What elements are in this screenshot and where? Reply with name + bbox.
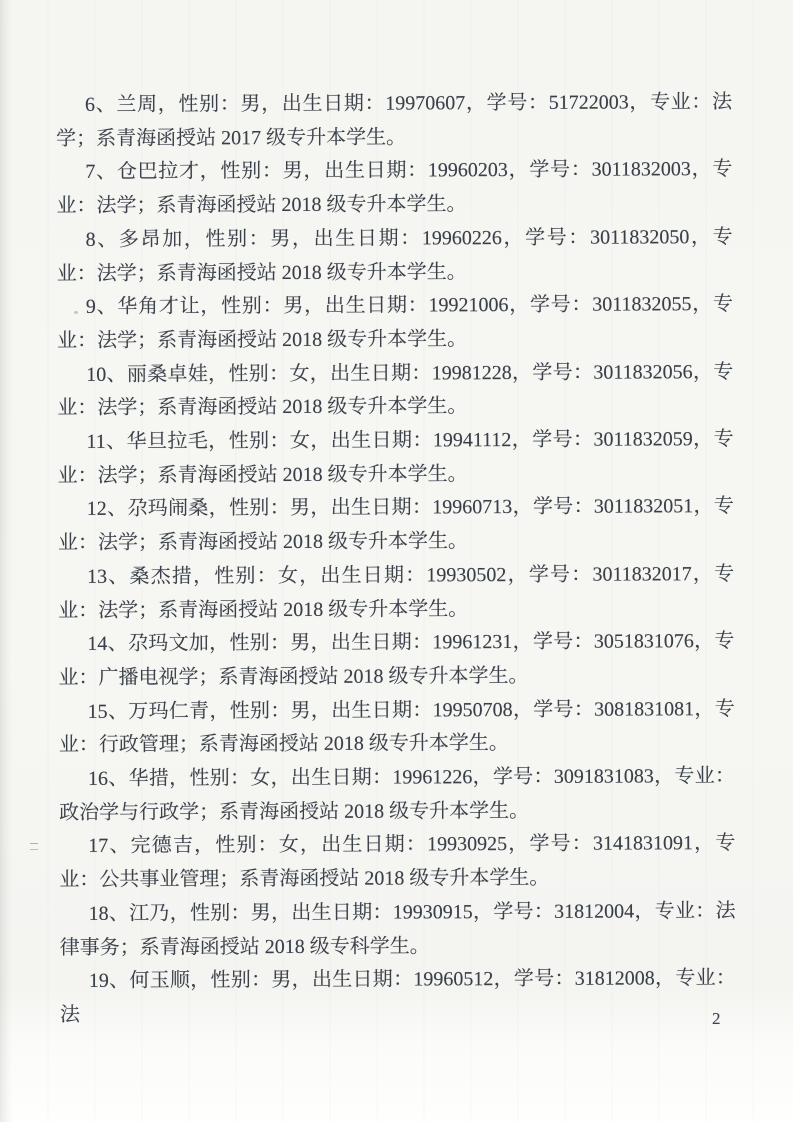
entry-number: 18 xyxy=(88,903,108,925)
student-birth-date: 19930915 xyxy=(393,901,473,923)
student-entry: 18、江乃，性别：男，出生日期：19930915，学号：31812004，专业：… xyxy=(59,895,735,965)
student-major: 法学 xyxy=(98,599,138,621)
student-birth-date: 19930925 xyxy=(427,834,507,856)
student-affiliation: 系青海函授站 2018 级专升本学生。 xyxy=(218,665,528,688)
entry-number: 19 xyxy=(89,970,109,992)
document-page: 6、兰周，性别：男，出生日期：19970607，学号：51722003，专业：法… xyxy=(0,0,793,1122)
student-entry: 8、多昂加，性别：男，出生日期：19960226，学号：3011832050，专… xyxy=(57,221,733,291)
scan-speck xyxy=(30,843,38,850)
student-id: 3011832051 xyxy=(594,496,693,518)
student-birth-date: 19981228 xyxy=(432,362,512,384)
student-id: 3081831081 xyxy=(594,698,694,720)
student-name: 华旦拉毛 xyxy=(127,430,209,452)
student-id: 3011832003 xyxy=(592,159,691,181)
entry-number: 12 xyxy=(87,498,107,520)
student-birth-date: 19960512 xyxy=(413,968,493,990)
student-affiliation: 系青海函授站 2018 级专升本学生。 xyxy=(239,867,549,890)
student-birth-date: 19960713 xyxy=(432,496,512,518)
entry-number: 14 xyxy=(87,633,107,655)
student-major: 广播电视学 xyxy=(98,666,198,688)
scan-edge-shading xyxy=(0,0,12,1122)
student-affiliation: 系青海函授站 2018 级专升本学生。 xyxy=(158,530,468,553)
student-entry: 15、万玛仁青，性别：男，出生日期：19950708，学号：3081831081… xyxy=(59,693,735,763)
entry-number: 8 xyxy=(86,229,96,251)
student-entry: 16、华措，性别：女，出生日期：19961226，学号：3091831083，专… xyxy=(59,760,735,830)
student-affiliation: 系青海函授站 2018 级专科学生。 xyxy=(140,935,430,958)
student-major: 法学 xyxy=(97,330,137,352)
entry-number: 6 xyxy=(85,94,95,116)
student-major: 法学 xyxy=(97,262,137,284)
student-gender: 女 xyxy=(289,363,309,385)
student-id: 3011832017 xyxy=(592,563,691,585)
student-gender: 男 xyxy=(240,93,261,115)
student-major: 法学 xyxy=(96,195,136,217)
student-id: 3051831076 xyxy=(594,630,694,652)
student-entry: 12、尕玛闹桑，性别：男，出生日期：19960713，学号：3011832051… xyxy=(58,490,734,560)
student-gender: 男 xyxy=(283,160,304,182)
student-birth-date: 19961226 xyxy=(392,766,472,788)
student-name: 华措 xyxy=(128,768,169,790)
student-affiliation: 系青海函授站 2017 级专升本学生。 xyxy=(96,126,406,149)
student-gender: 男 xyxy=(271,969,291,991)
student-name: 万玛仁青 xyxy=(128,700,209,722)
student-gender: 女 xyxy=(290,430,311,452)
student-major: 法学 xyxy=(98,532,138,554)
student-id: 3141831091 xyxy=(593,833,693,855)
entry-number: 17 xyxy=(88,835,108,857)
student-gender: 男 xyxy=(270,228,292,250)
student-id: 3011832059 xyxy=(593,428,692,450)
student-name: 尕玛闹桑 xyxy=(127,498,208,520)
page-number: 2 xyxy=(712,1008,721,1030)
student-id: 31812008 xyxy=(575,968,655,990)
student-name: 华角才让 xyxy=(117,296,200,318)
student-name: 仓巴拉才 xyxy=(117,161,200,183)
student-gender: 男 xyxy=(291,700,311,722)
student-gender: 男 xyxy=(290,632,310,654)
student-entry: 7、仓巴拉才，性别：男，出生日期：19960203，学号：3011832003，… xyxy=(56,153,732,223)
student-name: 尕玛文加 xyxy=(128,633,209,655)
entry-number: 7 xyxy=(85,161,95,183)
student-major: 法 xyxy=(60,1004,80,1026)
student-name: 多昂加 xyxy=(119,228,184,250)
student-id: 51722003 xyxy=(549,92,629,114)
entry-number: 13 xyxy=(87,566,107,588)
student-birth-date: 19921006 xyxy=(428,294,508,316)
student-name: 兰周 xyxy=(116,94,157,116)
student-id: 3091831083 xyxy=(554,765,654,787)
student-gender: 男 xyxy=(283,295,304,317)
student-affiliation: 系青海函授站 2018 级专升本学生。 xyxy=(219,800,529,823)
student-gender: 男 xyxy=(290,497,310,519)
student-affiliation: 系青海函授站 2018 级专升本学生。 xyxy=(156,193,466,216)
student-major: 法学 xyxy=(97,397,137,419)
student-name: 桑杰措 xyxy=(129,565,193,587)
student-major: 行政管理 xyxy=(99,734,179,756)
student-entry: 9、华角才让，性别：男，出生日期：19921006，学号：3011832055，… xyxy=(57,288,733,358)
entry-number: 10 xyxy=(86,363,106,385)
student-list: 6、兰周，性别：男，出生日期：19970607，学号：51722003，专业：法… xyxy=(56,86,736,1033)
student-affiliation: 系青海函授站 2018 级专升本学生。 xyxy=(157,328,467,351)
student-major: 法学 xyxy=(98,464,138,486)
student-birth-date: 19961231 xyxy=(432,631,512,653)
student-birth-date: 19960203 xyxy=(428,159,508,181)
student-gender: 女 xyxy=(250,767,270,789)
student-major: 政治学与行政学 xyxy=(59,801,199,824)
student-birth-date: 19941112 xyxy=(433,429,512,451)
student-entry: 14、尕玛文加，性别：男，出生日期：19961231，学号：3051831076… xyxy=(58,625,734,695)
entry-number: 11 xyxy=(86,431,105,453)
student-entry: 11、华旦拉毛，性别：女，出生日期：19941112，学号：3011832059… xyxy=(57,423,733,493)
student-name: 丽桑卓娃 xyxy=(127,363,208,385)
student-major: 公共事业管理 xyxy=(99,868,219,891)
student-id: 31812004 xyxy=(554,900,634,922)
student-gender: 男 xyxy=(251,902,271,924)
entry-number: 15 xyxy=(88,700,108,722)
student-id: 3011832056 xyxy=(593,361,692,383)
student-gender: 女 xyxy=(279,834,300,856)
student-birth-date: 19950708 xyxy=(433,699,513,721)
student-affiliation: 系青海函授站 2018 级专升本学生。 xyxy=(158,598,468,621)
entry-number: 16 xyxy=(88,768,108,790)
student-id: 3011832050 xyxy=(590,226,689,248)
student-birth-date: 19970607 xyxy=(385,92,465,114)
student-affiliation: 系青海函授站 2018 级专升本学生。 xyxy=(158,463,468,486)
student-entry: 19、何玉顺，性别：男，出生日期：19960512，学号：31812008，专业… xyxy=(60,962,736,1032)
student-name: 江乃 xyxy=(129,902,170,924)
student-affiliation: 系青海函授站 2018 级专升本学生。 xyxy=(199,732,509,755)
student-entry: 6、兰周，性别：男，出生日期：19970607，学号：51722003，专业：法… xyxy=(56,86,732,156)
student-name: 何玉顺 xyxy=(129,970,190,992)
student-gender: 女 xyxy=(278,565,299,587)
student-entry: 17、完德吉，性别：女，出生日期：19930925，学号：3141831091，… xyxy=(59,828,735,898)
student-birth-date: 19960226 xyxy=(422,227,502,249)
student-entry: 13、桑杰措，性别：女，出生日期：19930502，学号：3011832017，… xyxy=(58,558,734,628)
student-entry: 10、丽桑卓娃，性别：女，出生日期：19981228，学号：3011832056… xyxy=(57,356,733,426)
student-affiliation: 系青海函授站 2018 级专升本学生。 xyxy=(157,261,467,284)
student-affiliation: 系青海函授站 2018 级专升本学生。 xyxy=(157,396,467,419)
student-id: 3011832055 xyxy=(592,293,691,315)
student-birth-date: 19930502 xyxy=(426,564,506,586)
student-name: 完德吉 xyxy=(131,835,195,857)
entry-number: 9 xyxy=(86,296,96,318)
